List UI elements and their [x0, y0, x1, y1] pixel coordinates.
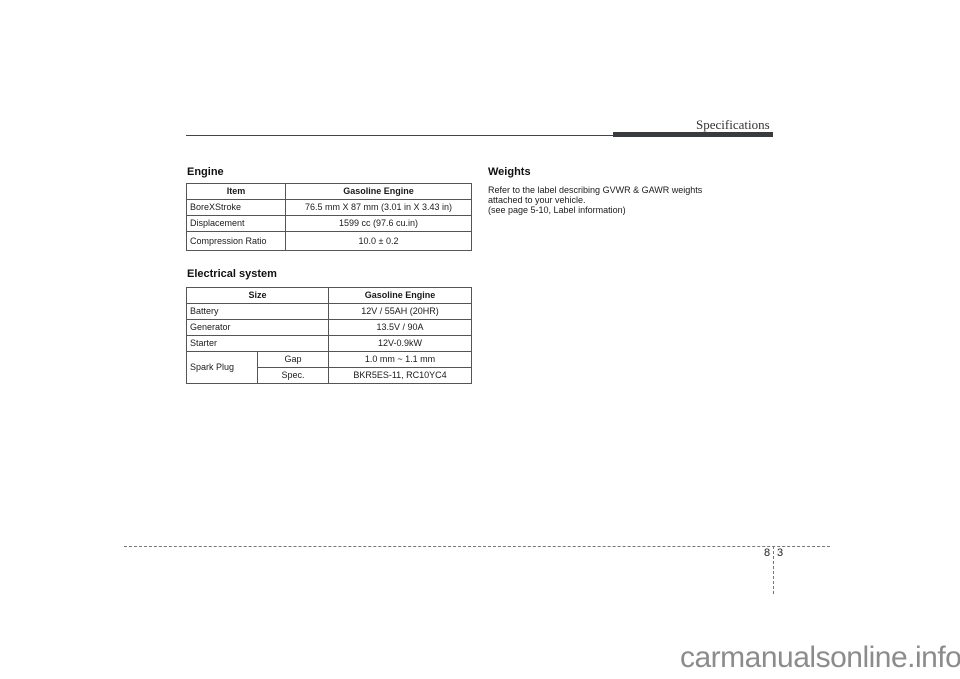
sub-label: Spec.	[258, 368, 329, 384]
chapter-number: 8	[764, 547, 770, 559]
watermark: carmanualsonline.info	[680, 641, 960, 675]
table-row: Starter 12V-0.9kW	[187, 336, 472, 352]
row-value: 1.0 mm ~ 1.1 mm	[329, 352, 472, 368]
table-header-row: Size Gasoline Engine	[187, 288, 472, 304]
section-title: Specifications	[696, 117, 770, 133]
column-header: Gasoline Engine	[286, 184, 472, 200]
table-row: Battery 12V / 55AH (20HR)	[187, 304, 472, 320]
row-label: Displacement	[187, 216, 286, 232]
row-value: 12V / 55AH (20HR)	[329, 304, 472, 320]
electrical-table: Size Gasoline Engine Battery 12V / 55AH …	[186, 287, 472, 384]
column-header: Item	[187, 184, 286, 200]
electrical-heading: Electrical system	[187, 268, 277, 280]
table-row: Generator 13.5V / 90A	[187, 320, 472, 336]
row-value: 13.5V / 90A	[329, 320, 472, 336]
table-header-row: Item Gasoline Engine	[187, 184, 472, 200]
row-label: Spark Plug	[187, 352, 258, 384]
footer-divider	[773, 546, 774, 594]
text-line: (see page 5-10, Label information)	[488, 205, 768, 215]
row-value: 76.5 mm X 87 mm (3.01 in X 3.43 in)	[286, 200, 472, 216]
page-number: 3	[777, 547, 783, 559]
weights-description: Refer to the label describing GVWR & GAW…	[488, 185, 768, 215]
text-line: attached to your vehicle.	[488, 195, 768, 205]
header-rule	[186, 135, 614, 136]
footer-rule	[124, 546, 830, 547]
table-row: Displacement 1599 cc (97.6 cu.in)	[187, 216, 472, 232]
row-label: Battery	[187, 304, 329, 320]
sub-label: Gap	[258, 352, 329, 368]
table-row: Compression Ratio 10.0 ± 0.2	[187, 232, 472, 251]
row-value: 10.0 ± 0.2	[286, 232, 472, 251]
row-value: 12V-0.9kW	[329, 336, 472, 352]
header-rule-accent	[613, 132, 773, 137]
engine-heading: Engine	[187, 166, 224, 178]
row-label: Starter	[187, 336, 329, 352]
row-label: Generator	[187, 320, 329, 336]
column-header: Gasoline Engine	[329, 288, 472, 304]
row-label: Compression Ratio	[187, 232, 286, 251]
row-label: BoreXStroke	[187, 200, 286, 216]
table-row: BoreXStroke 76.5 mm X 87 mm (3.01 in X 3…	[187, 200, 472, 216]
table-row: Spark Plug Gap 1.0 mm ~ 1.1 mm	[187, 352, 472, 368]
weights-heading: Weights	[488, 166, 531, 178]
row-value: 1599 cc (97.6 cu.in)	[286, 216, 472, 232]
row-value: BKR5ES-11, RC10YC4	[329, 368, 472, 384]
engine-table: Item Gasoline Engine BoreXStroke 76.5 mm…	[186, 183, 472, 251]
text-line: Refer to the label describing GVWR & GAW…	[488, 185, 768, 195]
column-header: Size	[187, 288, 329, 304]
